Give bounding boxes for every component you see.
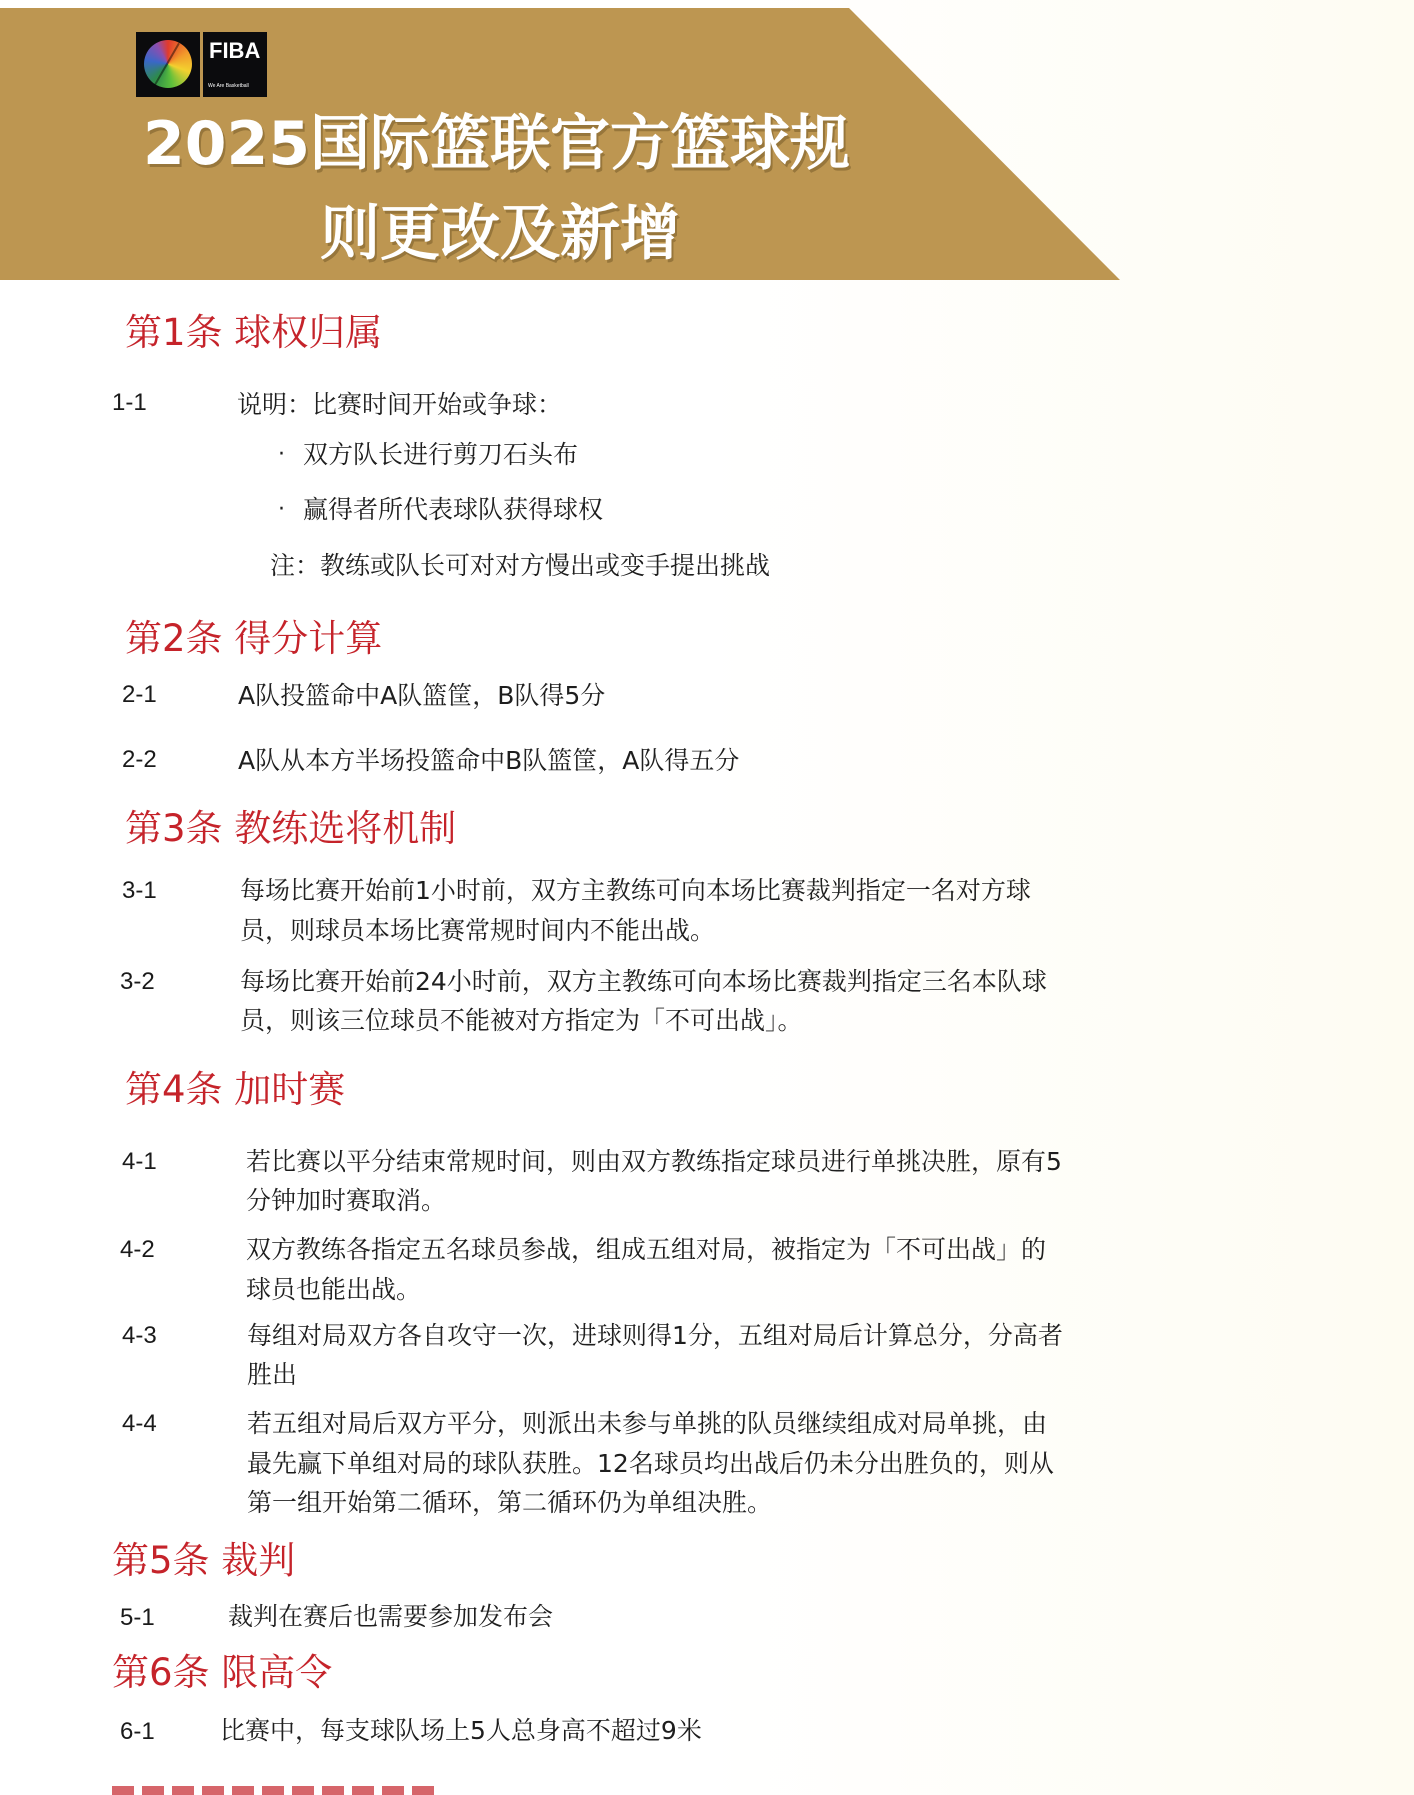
item-number: 4-1 [122, 1150, 157, 1174]
item-text: 员，则球员本场比赛常规时间内不能出战。 [240, 911, 715, 951]
clipped-next-heading [112, 1784, 442, 1795]
item-text: 比赛中，每支球队场上5人总身高不超过9米 [220, 1711, 702, 1751]
item-text: 球员也能出战。 [246, 1270, 421, 1310]
fiba-logo: FIBA We Are Basketball [136, 32, 267, 97]
item-text: 第一组开始第二循环，第二循环仍为单组决胜。 [247, 1483, 772, 1523]
article-heading: 第5条 裁判 [112, 1542, 295, 1579]
item-text: 分钟加时赛取消。 [246, 1181, 446, 1221]
item-text: 说明：比赛时间开始或争球： [237, 385, 562, 425]
article-heading: 第6条 限高令 [112, 1654, 332, 1691]
rules-document: FIBA We Are Basketball 2025国际篮联官方篮球规 则更改… [0, 0, 1414, 1795]
item-number: 3-1 [122, 879, 157, 903]
bullet-text: 双方队长进行剪刀石头布 [303, 435, 578, 475]
basketball-logo-icon [136, 32, 200, 97]
item-number: 3-2 [120, 970, 155, 994]
item-text: 胜出 [247, 1355, 297, 1395]
note-text: 注：教练或队长可对对方慢出或变手提出挑战 [270, 546, 770, 586]
item-text: 裁判在赛后也需要参加发布会 [228, 1597, 553, 1637]
item-text: 每组对局双方各自攻守一次，进球则得1分，五组对局后计算总分，分高者 [247, 1316, 1063, 1356]
article-heading: 第1条 球权归属 [125, 314, 382, 351]
fiba-wordmark: FIBA We Are Basketball [203, 32, 267, 97]
item-number: 4-4 [122, 1412, 157, 1436]
item-number: 2-1 [122, 683, 157, 707]
item-number: 4-3 [122, 1324, 157, 1348]
item-number: 5-1 [120, 1606, 155, 1630]
item-text: A队投篮命中A队篮筐，B队得5分 [238, 676, 605, 716]
fiba-tagline: We Are Basketball [208, 83, 249, 89]
item-text: 若比赛以平分结束常规时间，则由双方教练指定球员进行单挑决胜，原有5 [246, 1142, 1062, 1182]
bullet-text: 赢得者所代表球队获得球权 [303, 490, 603, 530]
fiba-brand: FIBA [209, 38, 260, 64]
item-text: 员，则该三位球员不能被对方指定为「不可出战」。 [240, 1001, 803, 1041]
item-number: 1-1 [112, 391, 147, 415]
item-text: 双方教练各指定五名球员参战，组成五组对局，被指定为「不可出战」的 [246, 1230, 1046, 1270]
page-title-line2: 则更改及新增 [320, 204, 680, 264]
article-heading: 第3条 教练选将机制 [125, 810, 456, 847]
item-text: 每场比赛开始前1小时前，双方主教练可向本场比赛裁判指定一名对方球 [240, 871, 1031, 911]
article-heading: 第2条 得分计算 [125, 620, 382, 657]
item-text: 最先赢下单组对局的球队获胜。12名球员均出战后仍未分出胜负的，则从 [247, 1444, 1054, 1484]
item-number: 2-2 [122, 748, 157, 772]
bullet-icon: · [278, 499, 285, 521]
item-number: 6-1 [120, 1720, 155, 1744]
bullet-icon: · [278, 444, 285, 466]
page-title-line1: 2025国际篮联官方篮球规 [143, 114, 850, 174]
article-heading: 第4条 加时赛 [125, 1071, 345, 1108]
item-text: A队从本方半场投篮命中B队篮筐，A队得五分 [238, 741, 739, 781]
item-number: 4-2 [120, 1238, 155, 1262]
item-text: 每场比赛开始前24小时前，双方主教练可向本场比赛裁判指定三名本队球 [240, 962, 1047, 1002]
item-text: 若五组对局后双方平分，则派出未参与单挑的队员继续组成对局单挑，由 [247, 1404, 1047, 1444]
